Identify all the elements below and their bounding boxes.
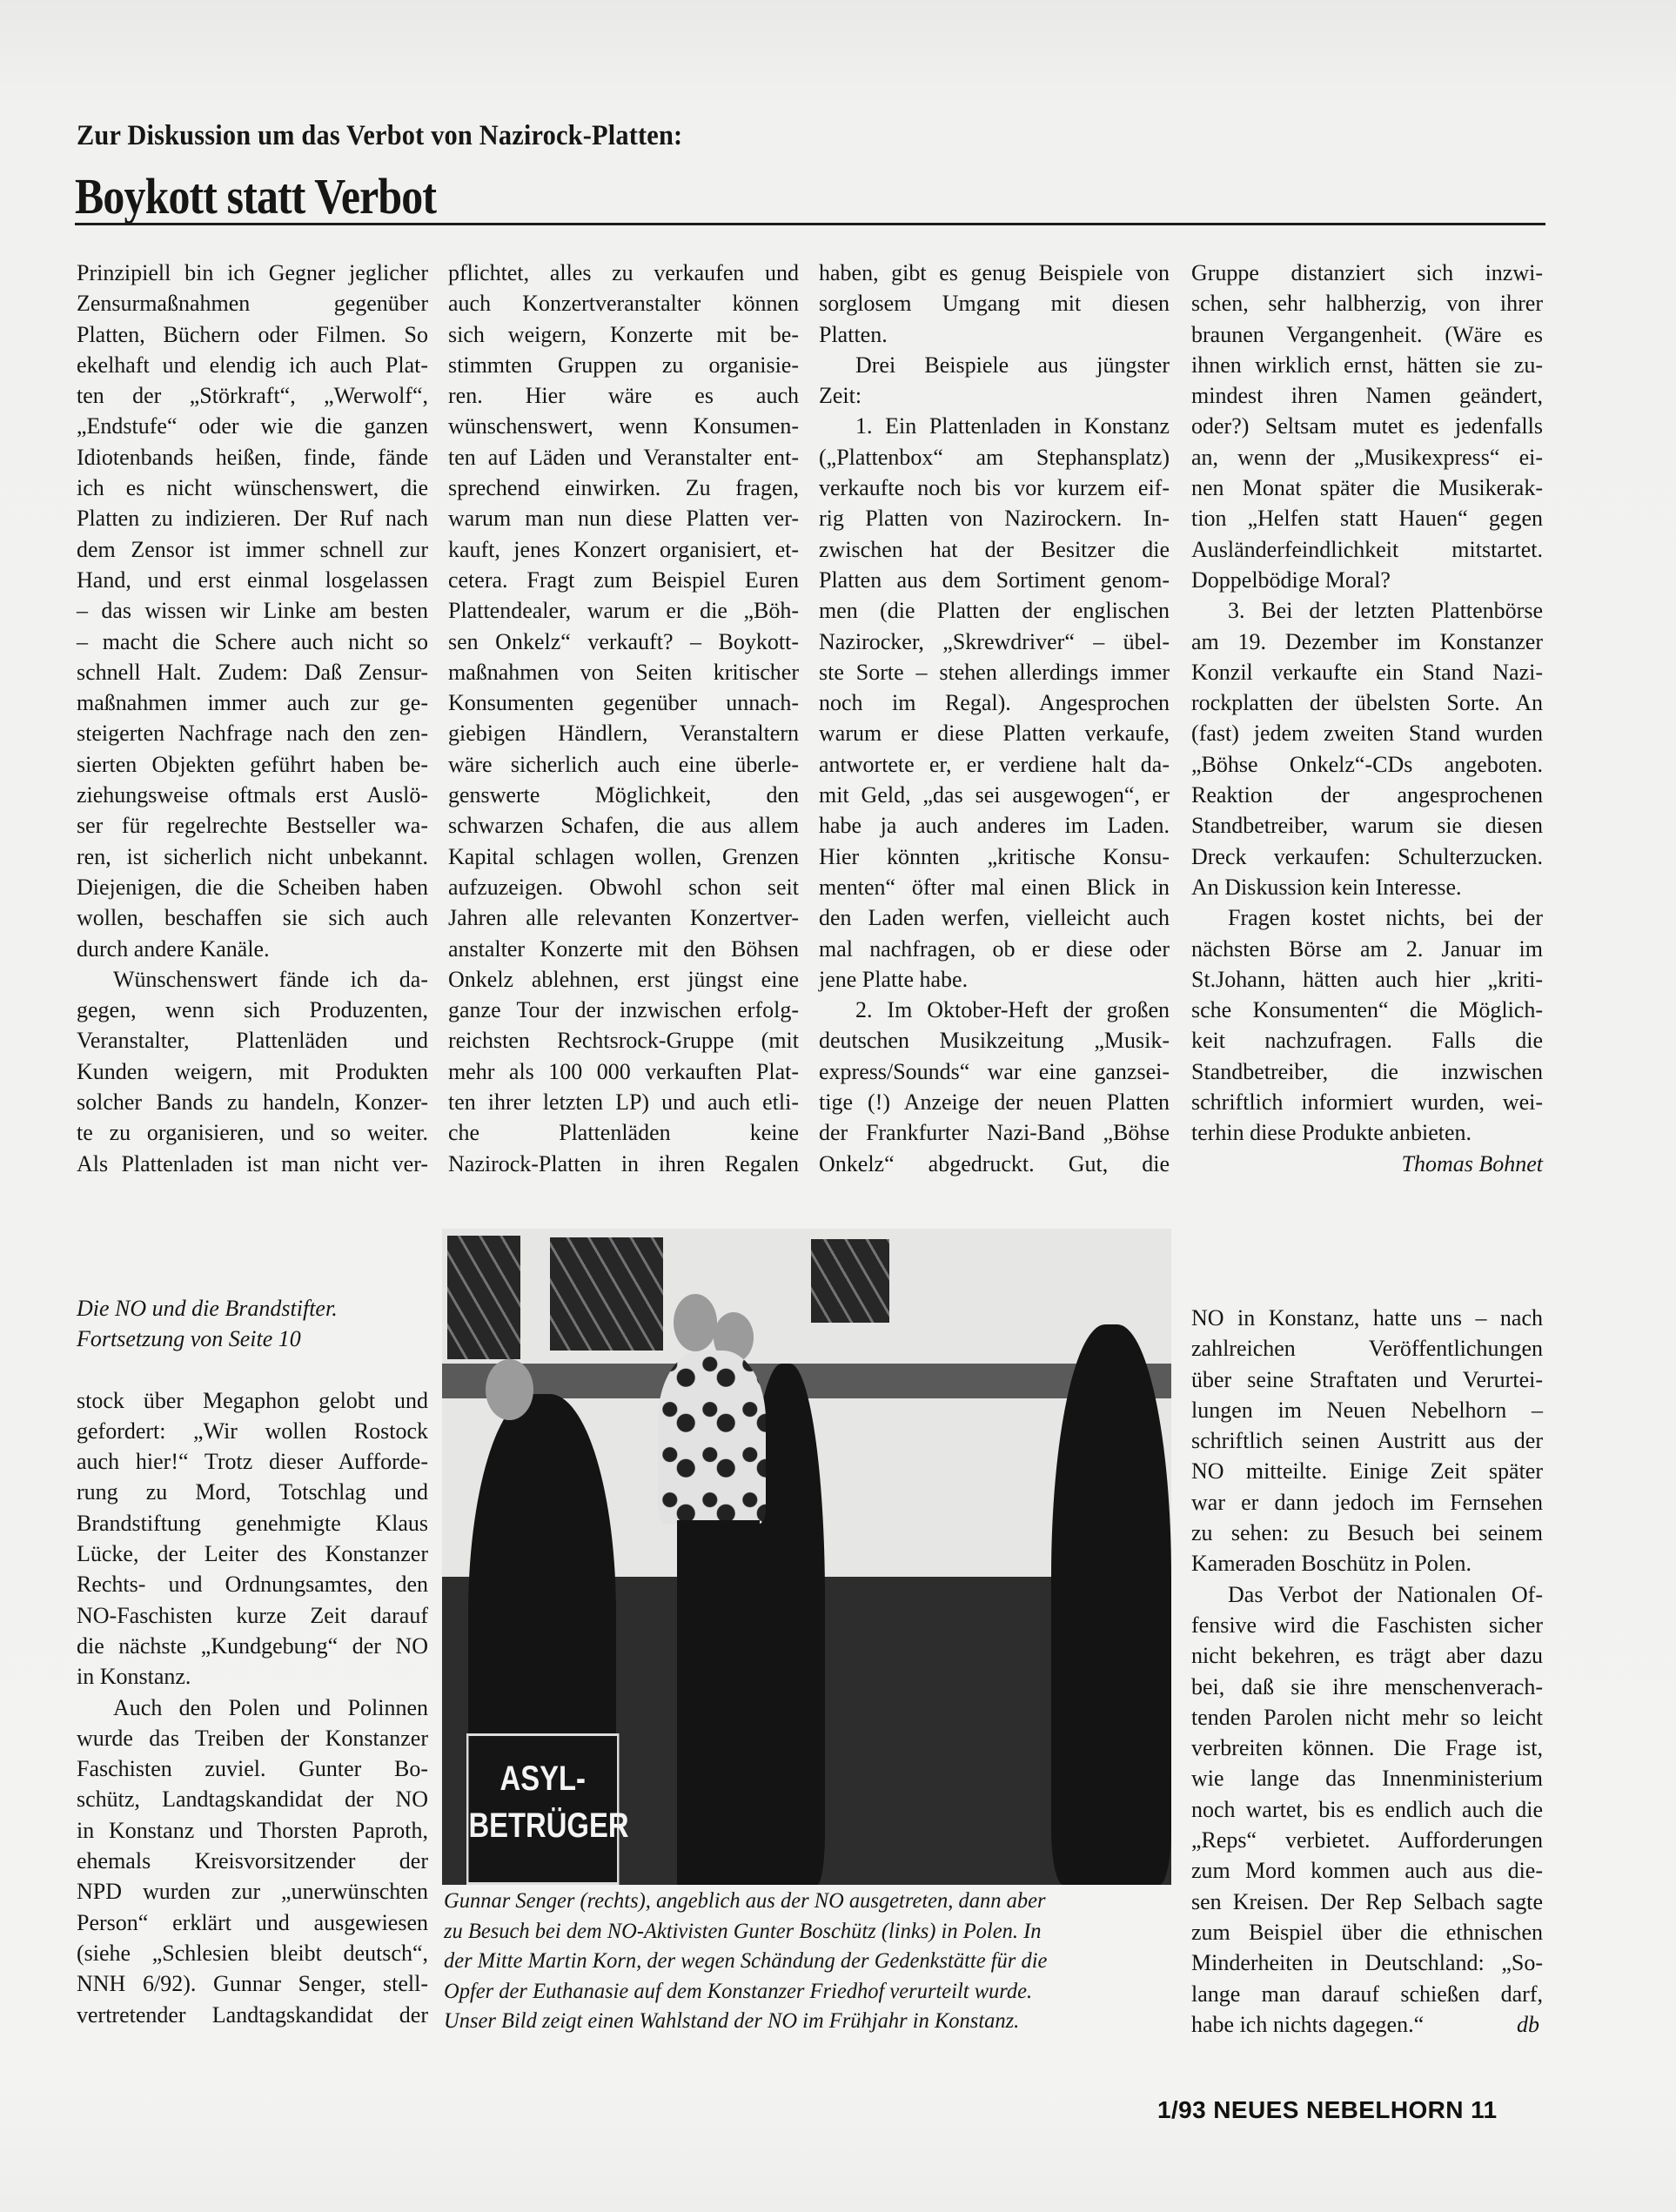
text-line: auch hier!“ Trotz dieser Aufforde- bbox=[77, 1446, 428, 1477]
text-line: lange man darauf schießen darf, bbox=[1191, 1979, 1543, 2009]
photo-person-center-legs bbox=[677, 1520, 760, 1885]
continuation-left-body: stock über Megaphon gelobt undgefordert:… bbox=[77, 1385, 428, 2030]
news-photo: ASYL- BETRÜGER bbox=[442, 1229, 1171, 1885]
text-line: ten der „Störkraft“, „Werwolf“, bbox=[77, 380, 428, 411]
text-line: jene Platte habe. bbox=[819, 964, 1170, 995]
text-line: genswerte Möglichkeit, den bbox=[448, 780, 799, 810]
text-line: Onkelz“ abgedruckt. Gut, die bbox=[819, 1149, 1170, 1179]
text-line: Zeit: bbox=[819, 380, 1170, 411]
text-line: zwischen hat der Besitzer die bbox=[819, 534, 1170, 565]
text-line: am 19. Dezember im Konstanzer bbox=[1191, 627, 1543, 657]
article-column-1: Prinzipiell bin ich Gegner jeglicherZens… bbox=[77, 258, 428, 1179]
text-line: lungen im Neuen Nebelhorn – bbox=[1191, 1395, 1543, 1425]
text-line: wie lange das Innenministerium bbox=[1191, 1763, 1543, 1793]
text-line: wäre sicherlich auch eine überle- bbox=[448, 749, 799, 780]
publication-name: NEUES NEBELHORN bbox=[1213, 2096, 1464, 2123]
text-line: nen Monat später die Musikerak- bbox=[1191, 473, 1543, 503]
text-line: ten ihrer letzten LP) und auch etli- bbox=[448, 1087, 799, 1117]
text-line: haben, gibt es genug Beispiele von bbox=[819, 258, 1170, 288]
text-line: Wünschenswert fände ich da- bbox=[77, 964, 428, 995]
text-line: verbreiten können. Die Frage ist, bbox=[1191, 1733, 1543, 1763]
text-line: Jahren alle relevanten Konzertver- bbox=[448, 902, 799, 933]
text-line: Rechts- und Ordnungsamtes, den bbox=[77, 1569, 428, 1599]
text-line: zahlreichen Veröffentlichungen bbox=[1191, 1333, 1543, 1364]
continuation-left-column: Die NO und die Brandstifter. Fortsetzung… bbox=[77, 1293, 428, 2030]
text-line: „Böhse Onkelz“-CDs angeboten. bbox=[1191, 749, 1543, 780]
text-line: Doppelbödige Moral? bbox=[1191, 565, 1543, 595]
text-line: mit Geld, „das sei ausgewogen“, er bbox=[819, 780, 1170, 810]
photo-window bbox=[811, 1239, 889, 1323]
text-line: keit nachzufragen. Falls die bbox=[1191, 1025, 1543, 1056]
article-column-3: haben, gibt es genug Beispiele vonsorglo… bbox=[819, 258, 1170, 1179]
text-line: sen Onkelz“ verkauft? – Boykott- bbox=[448, 627, 799, 657]
photo-window bbox=[550, 1237, 663, 1351]
text-line: an, wenn der „Musikexpress“ ei- bbox=[1191, 442, 1543, 473]
text-line: NNH 6/92). Gunnar Senger, stell- bbox=[77, 1968, 428, 1999]
text-line: „Endstufe“ oder wie die ganzen bbox=[77, 411, 428, 441]
magazine-page: Zur Diskussion um das Verbot von Naziroc… bbox=[0, 0, 1676, 2212]
text-line: durch andere Kanäle. bbox=[77, 934, 428, 964]
text-line: sierten Objekten geführt haben be- bbox=[77, 749, 428, 780]
text-line: 1. Ein Plattenladen in Konstanz bbox=[819, 411, 1170, 441]
text-line: Kapital schlagen wollen, Grenzen bbox=[448, 841, 799, 872]
text-line: Gruppe distanziert sich inzwi- bbox=[1191, 258, 1543, 288]
text-line: Onkelz ablehnen, erst jüngst eine bbox=[448, 964, 799, 995]
text-line: cetera. Fragt zum Beispiel Euren bbox=[448, 565, 799, 595]
text-line: Diejenigen, die die Scheiben haben bbox=[77, 872, 428, 902]
photo-head-left bbox=[486, 1359, 533, 1420]
sign-text-line-1: ASYL- bbox=[468, 1755, 617, 1802]
text-line: Standbetreiber, die inzwischen bbox=[1191, 1056, 1543, 1087]
text-line: noch im Regal). Angesprochen bbox=[819, 687, 1170, 718]
text-line: ser für regelrechte Bestseller wa- bbox=[77, 810, 428, 841]
text-line: Platten aus dem Sortiment genom- bbox=[819, 565, 1170, 595]
text-line: reichsten Rechtsrock-Gruppe (mit bbox=[448, 1025, 799, 1056]
text-line: zum Mord kommen auch aus die- bbox=[1191, 1855, 1543, 1886]
text-line: Lücke, der Leiter des Konstanzer bbox=[77, 1538, 428, 1569]
text-line: Nazirock-Platten in ihren Regalen bbox=[448, 1149, 799, 1179]
text-line: pflichtet, alles zu verkaufen und bbox=[448, 258, 799, 288]
text-line: Reaktion der angesprochenen bbox=[1191, 780, 1543, 810]
text-line: Konsumenten gegenüber unnach- bbox=[448, 687, 799, 718]
text-line: rockplatten der übelsten Sorte. An bbox=[1191, 687, 1543, 718]
text-line: die nächste „Kundgebung“ der NO bbox=[77, 1631, 428, 1661]
text-line: fensive wird die Faschisten sicher bbox=[1191, 1610, 1543, 1640]
text-line: NO mitteilte. Einige Zeit später bbox=[1191, 1456, 1543, 1486]
text-line: St.Johann, hätten auch hier „kriti- bbox=[1191, 964, 1543, 995]
headline-rule bbox=[75, 223, 1545, 225]
text-line: stock über Megaphon gelobt und bbox=[77, 1385, 428, 1416]
text-line: Kameraden Boschütz in Polen. bbox=[1191, 1548, 1543, 1579]
text-line: ehemals Kreisvorsitzender der bbox=[77, 1846, 428, 1876]
text-line: warum er diese Platten verkaufe, bbox=[819, 718, 1170, 748]
text-line: zum Beispiel über die ethnischen bbox=[1191, 1917, 1543, 1947]
text-line: gegen, wenn sich Produzenten, bbox=[77, 995, 428, 1025]
text-line: Platten, Büchern oder Filmen. So bbox=[77, 319, 428, 350]
text-line: Platten. bbox=[819, 319, 1170, 350]
text-line: Kunden weigern, mit Produkten bbox=[77, 1056, 428, 1087]
text-line: zu Besuch bei dem NO-Aktivisten Gunter B… bbox=[444, 1917, 1156, 1947]
text-line: Person“ erklärt und ausgewiesen bbox=[77, 1907, 428, 1938]
text-line: zu sehen: zu Besuch bei seinem bbox=[1191, 1518, 1543, 1548]
sign-text-line-2: BETRÜGER bbox=[468, 1802, 617, 1849]
text-line: Idiotenbands heißen, finde, fände bbox=[77, 442, 428, 473]
text-line: Dreck verkaufen: Schulterzucken. bbox=[1191, 841, 1543, 872]
photo-window bbox=[447, 1236, 520, 1359]
text-line: Plattendealer, warum er die „Böh- bbox=[448, 595, 799, 626]
text-line: ihnen wirklich ernst, hätten sie zu- bbox=[1191, 350, 1543, 380]
text-line: vertretender Landtagskandidat der bbox=[77, 2000, 428, 2030]
text-line: nicht bekehren, es trägt aber dazu bbox=[1191, 1640, 1543, 1671]
text-line: 3. Bei der letzten Plattenbörse bbox=[1191, 595, 1543, 626]
text-line: dem Zensor ist immer schnell zur bbox=[77, 534, 428, 565]
text-line: ste Sorte – stehen allerdings immer bbox=[819, 657, 1170, 687]
photo-person-center-jacket bbox=[658, 1351, 766, 1525]
text-line: gefordert: „Wir wollen Rostock bbox=[77, 1416, 428, 1446]
text-line: te zu organisieren, und so weiter. bbox=[77, 1117, 428, 1148]
text-line: tenden Parolen nicht mehr so leicht bbox=[1191, 1702, 1543, 1733]
article-column-2: pflichtet, alles zu verkaufen undauch Ko… bbox=[448, 258, 799, 1179]
text-line: maßnahmen immer auch zur ge- bbox=[77, 687, 428, 718]
continuation-right-column: NO in Konstanz, hatte uns – nachzahlreic… bbox=[1191, 1303, 1543, 2040]
text-line: 2. Im Oktober-Heft der großen bbox=[819, 995, 1170, 1025]
text-line: ekelhaft und elendig ich auch Plat- bbox=[77, 350, 428, 380]
asyl-sign: ASYL- BETRÜGER bbox=[466, 1733, 619, 1885]
text-line: (fast) jedem zweiten Stand wurden bbox=[1191, 718, 1543, 748]
text-line: habe ich nichts dagegen.“db bbox=[1191, 2009, 1543, 2040]
text-line: ren. Hier wäre es auch bbox=[448, 380, 799, 411]
text-line: „Reps“ verbietet. Aufforderungen bbox=[1191, 1825, 1543, 1855]
text-line: ren, ist sicherlich nicht unbekannt. bbox=[77, 841, 428, 872]
text-line: express/Sounds“ war eine ganzsei- bbox=[819, 1056, 1170, 1087]
text-line: war er dann jedoch im Fernsehen bbox=[1191, 1487, 1543, 1518]
text-line: tige (!) Anzeige der neuen Platten bbox=[819, 1087, 1170, 1117]
text-line: („Plattenbox“ am Stephansplatz) bbox=[819, 442, 1170, 473]
text-line: Faschisten zuviel. Gunter Bo- bbox=[77, 1753, 428, 1784]
text-line: – macht die Schere auch nicht so bbox=[77, 627, 428, 657]
text-line: Hier könnten „kritische Konsu- bbox=[819, 841, 1170, 872]
text-line: che Plattenläden keine bbox=[448, 1117, 799, 1148]
text-line: anstalter Konzerte mit den Böhsen bbox=[448, 934, 799, 964]
text-line: steigerten Nachfrage nach den zen- bbox=[77, 718, 428, 748]
text-line: sprechend einwirken. Zu fragen, bbox=[448, 473, 799, 503]
text-line: (siehe „Schlesien bleibt deutsch“, bbox=[77, 1938, 428, 1968]
text-line: mal nachfragen, ob er diese oder bbox=[819, 934, 1170, 964]
text-line: solcher Bands zu handeln, Konzer- bbox=[77, 1087, 428, 1117]
text-line: tion „Helfen statt Hauen“ gegen bbox=[1191, 503, 1543, 533]
issue-number: 1/93 bbox=[1157, 2096, 1206, 2123]
text-line: schnell Halt. Zudem: Daß Zensur- bbox=[77, 657, 428, 687]
article-column-4: Gruppe distanziert sich inzwi-schen, seh… bbox=[1191, 258, 1543, 1179]
text-line: Fragen kostet nichts, bei der bbox=[1191, 902, 1543, 933]
author-signature: db bbox=[1517, 2009, 1539, 2040]
text-line: habe ja auch anderes im Laden. bbox=[819, 810, 1170, 841]
text-line: Auch den Polen und Polinnen bbox=[77, 1693, 428, 1723]
text-line: NPD wurden zur „unerwünschten bbox=[77, 1876, 428, 1907]
continuation-reference: Fortsetzung von Seite 10 bbox=[77, 1324, 428, 1354]
text-line: men (die Platten der englischen bbox=[819, 595, 1170, 626]
text-line: Zensurmaßnahmen gegenüber bbox=[77, 288, 428, 318]
text-line: Gunnar Senger (rechts), angeblich aus de… bbox=[444, 1887, 1156, 1917]
text-line: über seine Straftaten und Verurtei- bbox=[1191, 1364, 1543, 1395]
text-line: Nazirocker, „Skrewdriver“ – übel- bbox=[819, 627, 1170, 657]
text-line: Drei Beispiele aus jüngster bbox=[819, 350, 1170, 380]
text-line: NO-Faschisten kurze Zeit darauf bbox=[77, 1600, 428, 1631]
text-line: – das wissen wir Linke am besten bbox=[77, 595, 428, 626]
text-line: bei, daß sie ihre menschenverach- bbox=[1191, 1672, 1543, 1702]
text-line: noch wartet, bis es endlich auch die bbox=[1191, 1794, 1543, 1825]
spacer bbox=[77, 1355, 428, 1385]
text-line: aufzuzeigen. Obwohl schon seit bbox=[448, 872, 799, 902]
text-line: schen, sehr halbherzig, von ihrer bbox=[1191, 288, 1543, 318]
text-line: menten“ öfter mal einen Blick in bbox=[819, 872, 1170, 902]
text-line: ich es nicht wünschenswert, die bbox=[77, 473, 428, 503]
text-line: mehr als 100 000 verkauften Plat- bbox=[448, 1056, 799, 1087]
text-line: in Konstanz. bbox=[77, 1661, 428, 1692]
text-line: oder?) Seltsam mutet es jedenfalls bbox=[1191, 411, 1543, 441]
text-line: rung zu Mord, Totschlag und bbox=[77, 1477, 428, 1507]
text-line: den Laden werfen, vielleicht auch bbox=[819, 902, 1170, 933]
photo-head-center bbox=[674, 1294, 717, 1351]
text-line: deutschen Musikzeitung „Musik- bbox=[819, 1025, 1170, 1056]
text-line: schriftlich informiert wurden, wei- bbox=[1191, 1087, 1543, 1117]
text-line: auch Konzertveranstalter können bbox=[448, 288, 799, 318]
text-line: sorglosem Umgang mit diesen bbox=[819, 288, 1170, 318]
text-line: Standbetreiber, warum sie diesen bbox=[1191, 810, 1543, 841]
text-line: ganze Tour der inzwischen erfolg- bbox=[448, 995, 799, 1025]
text-line: kauft, jenes Konzert organisiert, et- bbox=[448, 534, 799, 565]
text-line: giebigen Händlern, Veranstaltern bbox=[448, 718, 799, 748]
text-line: der Frankfurter Nazi-Band „Böhse bbox=[819, 1117, 1170, 1148]
text-line: rig Platten von Nazirockern. In- bbox=[819, 503, 1170, 533]
text-line: Unser Bild zeigt einen Wahlstand der NO … bbox=[444, 2007, 1156, 2037]
text-line: ziehungsweise oftmals erst Auslö- bbox=[77, 780, 428, 810]
text-line: braunen Vergangenheit. (Wäre es bbox=[1191, 319, 1543, 350]
text-line: stimmten Gruppen zu organisie- bbox=[448, 350, 799, 380]
text-line: Hand, und erst einmal losgelassen bbox=[77, 565, 428, 595]
text-line: Prinzipiell bin ich Gegner jeglicher bbox=[77, 258, 428, 288]
text-line: wurde das Treiben der Konstanzer bbox=[77, 1723, 428, 1753]
text-line: Brandstiftung genehmigte Klaus bbox=[77, 1508, 428, 1538]
text-line: terhin diese Produkte anbieten. bbox=[1191, 1117, 1543, 1148]
text-line: wollen, beschaffen sie sich auch bbox=[77, 902, 428, 933]
page-footer: 1/93 NEUES NEBELHORN 11 bbox=[1157, 2096, 1497, 2124]
text-line: warum man nun diese Platten ver- bbox=[448, 503, 799, 533]
text-line: nächsten Börse am 2. Januar im bbox=[1191, 934, 1543, 964]
text-line: maßnahmen von Seiten kritischer bbox=[448, 657, 799, 687]
text-line: ten auf Läden und Veranstalter ent- bbox=[448, 442, 799, 473]
text-line: schriftlich seinen Austritt aus der bbox=[1191, 1425, 1543, 1456]
text-line: sche Konsumenten“ die Möglich- bbox=[1191, 995, 1543, 1025]
text-line: Ausländerfeindlichkeit mitstartet. bbox=[1191, 534, 1543, 565]
author-byline: Thomas Bohnet bbox=[1191, 1149, 1543, 1179]
photo-caption: Gunnar Senger (rechts), angeblich aus de… bbox=[444, 1887, 1156, 2037]
text-line: mindest ihren Namen geändert, bbox=[1191, 380, 1543, 411]
text-line: sich weigern, Konzerte mit be- bbox=[448, 319, 799, 350]
article-headline: Boykott statt Verbot bbox=[75, 167, 436, 225]
text-line: der Mitte Martin Korn, der wegen Schändu… bbox=[444, 1947, 1156, 1977]
article-kicker: Zur Diskussion um das Verbot von Naziroc… bbox=[77, 120, 682, 152]
text-line: sen Kreisen. Der Rep Selbach sagte bbox=[1191, 1887, 1543, 1917]
text-line: in Konstanz und Thorsten Paproth, bbox=[77, 1815, 428, 1846]
text-line: antwortete er, er verdiene halt da- bbox=[819, 749, 1170, 780]
text-line: Als Plattenladen ist man nicht ver- bbox=[77, 1149, 428, 1179]
photo-person-right-edge bbox=[1051, 1324, 1171, 1885]
text-line: verkaufte noch bis vor kurzem eif- bbox=[819, 473, 1170, 503]
continuation-title: Die NO und die Brandstifter. bbox=[77, 1293, 428, 1324]
text-line: schütz, Landtagskandidat der NO bbox=[77, 1784, 428, 1814]
text-line: schwarzen Schafen, die aus allem bbox=[448, 810, 799, 841]
text-line: wünschenswert, wenn Konsumen- bbox=[448, 411, 799, 441]
text-line: Platten zu indizieren. Der Ruf nach bbox=[77, 503, 428, 533]
text-line: Minderheiten in Deutschland: „So- bbox=[1191, 1947, 1543, 1978]
text-line: Veranstalter, Plattenläden und bbox=[77, 1025, 428, 1056]
text-line: Opfer der Euthanasie auf dem Konstanzer … bbox=[444, 1977, 1156, 2008]
text-line: NO in Konstanz, hatte uns – nach bbox=[1191, 1303, 1543, 1333]
text-line: An Diskussion kein Interesse. bbox=[1191, 872, 1543, 902]
page-number: 11 bbox=[1471, 2096, 1497, 2123]
text-line: Konzil verkaufte ein Stand Nazi- bbox=[1191, 657, 1543, 687]
text-line: Das Verbot der Nationalen Of- bbox=[1191, 1579, 1543, 1610]
